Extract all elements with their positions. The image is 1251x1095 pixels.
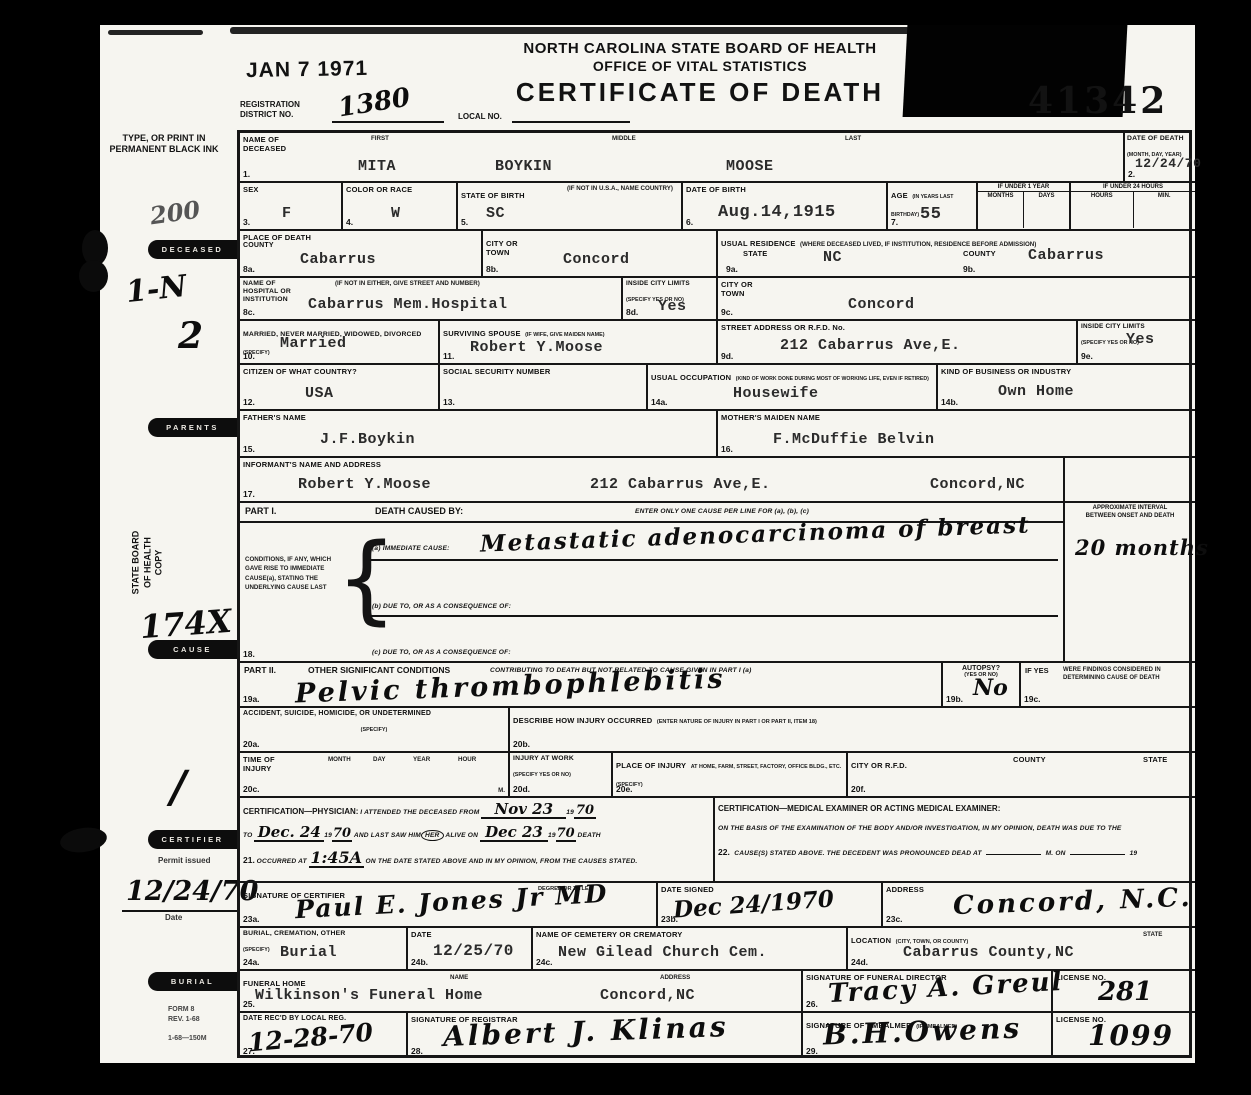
field-ur-inside-city: INSIDE CITY LIMITS (SPECIFY YES OR NO) Y… [1078,321,1195,365]
field-name-of-deceased: NAME OF DECEASED FIRST MIDDLE LAST MITA … [240,133,1125,183]
part2-label: PART II. [244,665,276,675]
num-20a: 20a. [243,739,260,749]
father-value: J.F.Boykin [320,431,415,448]
burial-date-value: 12/25/70 [433,942,514,960]
m-label: M. [498,787,505,794]
sex-label: SEX [243,185,338,194]
field-pod-city: CITY OR TOWN Concord 8b. [483,231,718,278]
hospital-num: 8c. [243,307,255,317]
field-pod-inside-city: INSIDE CITY LIMITS (SPECIFY YES OR NO) Y… [623,278,718,321]
m-on-label: M. ON [1046,850,1066,857]
work-sub: (SPECIFY YES OR NO) [513,772,571,778]
field-findings: IF YES WERE FINDINGS CONSIDERED IN DETER… [1021,663,1195,708]
father-num: 15. [243,444,255,454]
num-28: 28. [411,1046,423,1056]
ssn-label: SOCIAL SECURITY NUMBER [443,367,643,376]
ur-state-value: NC [823,249,842,266]
ur-icl-num: 9e. [1081,351,1093,361]
time-label: TIME OF INJURY [243,755,283,773]
pronounced-date-blank [1070,846,1125,855]
ur-icl-label: INSIDE CITY LIMITS [1081,323,1192,331]
num-20b: 20b. [513,739,530,749]
dod-label: DATE OF DEATH [1127,135,1193,143]
field-registrar-signature: SIGNATURE OF REGISTRAR Albert J. Klinas … [408,1013,803,1058]
attended-label: I ATTENDED THE DECEASED FROM [360,809,479,816]
num-19b: 19b. [946,694,963,704]
scan-edge-smudge [230,27,910,34]
race-label: COLOR OR RACE [346,185,453,194]
field-interval: APPROXIMATE INTERVAL BETWEEN ONSET AND D… [1065,503,1195,663]
field-age: AGE (IN YEARS LAST BIRTHDAY) 55 7. [888,183,978,231]
sob-value: SC [486,205,505,222]
tab-burial: BURIAL [148,972,237,991]
pod-county-value: Cabarrus [300,251,376,268]
ur-city-value: Concord [848,296,915,313]
race-num: 4. [346,217,353,227]
header-board: NORTH CAROLINA STATE BOARD OF HEALTH [420,40,980,57]
permit-date-caption: Date [165,913,182,922]
citizen-num: 12. [243,397,255,407]
occurred-rest: ON THE DATE STATED ABOVE AND IN MY OPINI… [366,858,638,865]
citizen-label: CITIZEN OF WHAT COUNTRY? [243,367,435,376]
to-value: Dec. 24 [254,825,324,842]
copy-line1: STATE BOARD [130,531,140,595]
form-print: 1-68—150M [168,1035,207,1042]
last-saw-label: AND LAST SAW [354,832,407,839]
permit-issued-label: Permit issued [158,856,210,865]
saw-value: Dec 23 [480,825,548,842]
time-value: 1:45A [309,850,364,868]
local-no-label: LOCAL NO. [458,112,502,121]
yr-19b: 19 [324,832,332,839]
num-26: 26. [806,999,818,1009]
alive-on-label: ALIVE ON [445,832,478,839]
field-embalmer-license: LICENSE NO. 1099 [1053,1013,1195,1058]
field-funeral-home: FUNERAL HOME NAME ADDRESS Wilkinson's Fu… [240,971,803,1013]
interval-value: 20 months [1075,535,1209,560]
num-20e: 20e. [616,784,633,794]
name-num: 1. [243,169,250,179]
field-occupation: USUAL OCCUPATION (KIND OF WORK DONE DURI… [648,365,938,411]
describe-sub: (ENTER NATURE OF INJURY IN PART I OR PAR… [657,719,817,725]
pod-city-num: 8b. [486,264,498,274]
hospital-sub: (IF NOT IN EITHER, GIVE STREET AND NUMBE… [335,280,480,287]
field-injury-location: CITY OR R.F.D. COUNTY STATE 20f. [848,753,1195,798]
occupation-value: Housewife [733,385,819,402]
accident-sub: (SPECIFY) [361,727,388,733]
yr-19c: 19 [548,832,556,839]
dob-num: 6. [686,217,693,227]
me-text2: CAUSE(S) STATED ABOVE. THE DECEDENT WAS … [734,850,981,857]
num-24b: 24b. [411,957,428,967]
location-state-label: STATE [1143,931,1162,938]
day-label: DAY [373,756,386,763]
num-23c: 23c. [886,914,903,924]
mother-label: MOTHER'S MAIDEN NAME [721,413,1192,422]
field-date-received: DATE REC'D BY LOCAL REG. 12-28-70 27. [240,1013,408,1058]
sex-value: F [282,205,292,222]
num-23a: 23a. [243,914,260,924]
marital-value: Married [280,335,347,352]
field-part2: PART II. OTHER SIGNIFICANT CONDITIONS CO… [240,663,943,708]
field-if-under-24-hours: IF UNDER 24 HOURS HOURS MIN. [1071,183,1195,231]
registration-line [332,121,444,123]
ur-city-num: 9c. [721,307,733,317]
cityrfd-label: CITY OR R.F.D. [851,761,907,770]
cemetery-value: New Gilead Church Cem. [558,944,767,961]
local-no-line [512,121,630,123]
certificate-form: NAME OF DECEASED FIRST MIDDLE LAST MITA … [237,130,1192,1058]
occupation-label: USUAL OCCUPATION [651,373,731,382]
marital-num: 10. [243,351,255,361]
business-label: KIND OF BUSINESS OR INDUSTRY [941,367,1192,376]
field-usual-residence: USUAL RESIDENCE (WHERE DECEASED LIVED, I… [718,231,1195,278]
accident-label: ACCIDENT, SUICIDE, HOMICIDE, OR UNDETERM… [243,710,505,718]
occupation-num: 14a. [651,397,668,407]
describe-label: DESCRIBE HOW INJURY OCCURRED [513,716,652,725]
street-num: 9d. [721,351,733,361]
ur-city-label: CITY OR TOWN [721,280,756,298]
ur-state-label: STATE [743,249,767,258]
hour-label: HOUR [458,756,476,763]
num-21: 21. [243,855,255,865]
business-num: 14b. [941,397,958,407]
last-label: LAST [845,135,861,142]
under-1-year-label: IF UNDER 1 YEAR [978,183,1069,192]
tab-parents: PARENTS [148,418,237,437]
name-first-value: MITA [358,158,396,175]
num-22: 22. [718,847,730,857]
informant-label: INFORMANT'S NAME AND ADDRESS [243,460,1060,469]
immediate-cause-label: (a) IMMEDIATE CAUSE: [372,545,450,552]
informant-num: 17. [243,489,255,499]
spouse-num: 11. [443,351,454,361]
her-label: HER [421,830,444,841]
cert-me-label: CERTIFICATION—MEDICAL EXAMINER OR ACTING… [718,804,1192,813]
location-label: LOCATION [851,936,891,945]
injury-state-label: STATE [1143,755,1167,764]
field-certification-me: CERTIFICATION—MEDICAL EXAMINER OR ACTING… [715,798,1195,883]
place-label: PLACE OF INJURY [616,761,686,770]
me-text: ON THE BASIS OF THE EXAMINATION OF THE B… [718,825,1192,832]
funeral-home-address-value: Concord,NC [600,987,695,1004]
hospital-value: Cabarrus Mem.Hospital [308,296,508,313]
funeral-address-label: ADDRESS [660,974,690,981]
field-certifier-address: ADDRESS Concord, N.C. 23c. [883,883,1195,928]
field-funeral-director-signature: SIGNATURE OF FUNERAL DIRECTOR Tracy A. G… [803,971,1053,1013]
num-29: 29. [806,1046,818,1056]
hours-label: HOURS [1071,192,1134,228]
due-to-c-label: (c) DUE TO, OR AS A CONSEQUENCE OF: [372,649,511,656]
num-18: 18. [243,649,255,659]
num-20c: 20c. [243,784,260,794]
findings-label: IF YES [1025,666,1049,675]
field-date-of-birth: DATE OF BIRTH Aug.14,1915 6. [683,183,888,231]
mother-value: F.McDuffie Belvin [773,431,935,448]
field-certification-physician: CERTIFICATION—PHYSICIAN: I ATTENDED THE … [240,798,715,883]
margin-note-slash: / [170,762,186,813]
dod-num: 2. [1128,169,1135,179]
date-recd-value: 12-28-70 [247,1018,374,1058]
injury-county-label: COUNTY [1013,755,1046,764]
registration-district-label: REGISTRATION DISTRICT NO. [240,100,300,121]
work-label: INJURY AT WORK [513,755,608,763]
header-block: NORTH CAROLINA STATE BOARD OF HEALTH OFF… [420,40,980,108]
received-stamp-date: JAN 7 1971 [246,57,368,83]
interval-label-1: APPROXIMATE INTERVAL [1093,505,1168,511]
burial-value: Burial [280,944,337,961]
pod-city-label: CITY OR TOWN [486,239,521,257]
embalmer-value: B.H.Owens [822,1012,1022,1052]
field-burial: BURIAL, CREMATION, OTHER (SPECIFY) Buria… [240,928,408,971]
dob-value: Aug.14,1915 [718,203,836,222]
director-license-value: 281 [1098,977,1152,1007]
conditions-label: CONDITIONS, IF ANY, WHICH GAVE RISE TO I… [245,555,337,592]
age-label: AGE [891,191,908,200]
pod-county-label: COUNTY [243,242,478,250]
business-value: Own Home [998,383,1074,400]
field-autopsy: AUTOPSY? (YES OR NO) No 19b. [943,663,1021,708]
field-marital: MARRIED, NEVER MARRIED, WIDOWED, DIVORCE… [240,321,440,365]
name-label: NAME OF DECEASED [243,135,305,153]
field-accident: ACCIDENT, SUICIDE, HOMICIDE, OR UNDETERM… [240,708,510,753]
under-24-hours-label: IF UNDER 24 HOURS [1071,183,1195,192]
name-last-value: MOOSE [726,158,774,175]
form-no: FORM 8 [168,1006,194,1013]
field-pod-county: PLACE OF DEATH COUNTY Cabarrus 8a. [240,231,483,278]
months-label: MONTHS [978,192,1024,228]
year-label: YEAR [413,756,430,763]
part1-body: CONDITIONS, IF ANY, WHICH GAVE RISE TO I… [240,523,1065,663]
attended-from-value: Nov 23 [481,802,566,819]
copy-line3: COPY [154,550,164,576]
tab-cause: CAUSE [148,640,237,659]
margin-instruction: TYPE, OR PRINT IN PERMANENT BLACK INK [108,133,220,156]
due-to-b-label: (b) DUE TO, OR AS A CONSEQUENCE OF: [372,603,511,610]
num-24a: 24a. [243,957,260,967]
part1-label: PART I. [245,506,276,516]
informant-city-value: Concord,NC [930,476,1025,493]
num-19c: 19c. [1024,694,1041,704]
pod-icl-label: INSIDE CITY LIMITS [626,280,713,288]
findings-sub: WERE FINDINGS CONSIDERED IN DETERMINING … [1063,666,1188,683]
mother-num: 16. [721,444,733,454]
funeral-home-value: Wilkinson's Funeral Home [255,987,483,1004]
sig-certifier-value: Paul E. Jones Jr MD [294,879,609,924]
field-ssn: SOCIAL SECURITY NUMBER 13. [440,365,648,411]
field-burial-location: LOCATION (CITY, TOWN, OR COUNTY) STATE C… [848,928,1195,971]
sob-label: STATE OF BIRTH [461,191,525,200]
ur-county-label: COUNTY [963,249,996,258]
race-value: W [391,205,401,222]
sob-sub: (IF NOT IN U.S.A., NAME COUNTRY) [553,185,673,192]
num-23b: 23b. [661,914,678,924]
attended-from-yr: 70 [574,804,596,819]
yr-19a: 19 [566,809,574,816]
permit-date-line [122,910,240,912]
occupation-sub: (KIND OF WORK DONE DURING MOST OF WORKIN… [736,376,929,382]
min-label: MIN. [1134,192,1196,228]
ur-state-num: 9a. [726,264,738,274]
field-state-of-birth: STATE OF BIRTH (IF NOT IN U.S.A., NAME C… [458,183,683,231]
form-number-block: FORM 8 REV. 1-68 1-68—150M [168,1005,207,1044]
ur-county-value: Cabarrus [1028,247,1104,264]
num-27: 27. [243,1046,255,1056]
street-value: 212 Cabarrus Ave,E. [780,337,961,354]
field-date-signed: DATE SIGNED Dec 24/1970 23b. [658,883,883,928]
pronounced-time-blank [986,846,1041,855]
caused-by-label: DEATH CAUSED BY: [375,506,463,516]
first-label: FIRST [371,135,389,142]
interval-label-2: BETWEEN ONSET AND DEATH [1086,513,1175,519]
field-director-license: LICENSE NO. 281 [1053,971,1195,1013]
field-race: COLOR OR RACE W 4. [343,183,458,231]
middle-label: MIDDLE [612,135,636,142]
month-label: MONTH [328,756,351,763]
registration-label-1: REGISTRATION [240,100,300,109]
field-sex: SEX F 3. [240,183,343,231]
ink-blob-2 [79,260,108,292]
informant-name-value: Robert Y.Moose [298,476,431,493]
field-informant: INFORMANT'S NAME AND ADDRESS Robert Y.Mo… [240,458,1065,503]
margin-note-1n: 1-N [124,269,188,310]
copy-label: STATE BOARD OF HEALTH COPY [130,503,165,623]
ur-county-num: 9b. [963,264,975,274]
hospital-label: NAME OF HOSPITAL OR INSTITUTION [243,280,303,304]
embalmer-license-value: 1099 [1088,1019,1174,1052]
field-ur-city: CITY OR TOWN Concord 9c. [718,278,1195,321]
field-hospital: NAME OF HOSPITAL OR INSTITUTION (IF NOT … [240,278,623,321]
spouse-sub: (IF WIFE, GIVE MAIDEN NAME) [525,332,604,338]
num-20f: 20f. [851,784,866,794]
funeral-name-label: NAME [450,974,468,981]
field-blank-above-interval [1065,458,1195,503]
num-20d: 20d. [513,784,530,794]
field-burial-date: DATE 12/25/70 24b. [408,928,533,971]
pod-icl-value: Yes [658,298,687,315]
ur-section-sub: (WHERE DECEASED LIVED, IF INSTITUTION, R… [800,241,1036,248]
field-place-of-injury: PLACE OF INJURY AT HOME, FARM, STREET, F… [613,753,848,798]
field-street: STREET ADDRESS OR R.F.D. No. 212 Cabarru… [718,321,1078,365]
field-cemetery: NAME OF CEMETERY OR CREMATORY New Gilead… [533,928,848,971]
autopsy-label: AUTOPSY? [946,665,1016,672]
certificate-number: 41342 [1028,80,1168,122]
field-embalmer-signature: SIGNATURE OF EMBALMER (IF EMBALMED) B.H.… [803,1013,1053,1058]
num-19a: 19a. [243,694,260,704]
field-time-of-injury: TIME OF INJURY MONTH DAY YEAR HOUR M. 20… [240,753,510,798]
pod-icl-num: 8d. [626,307,638,317]
cemetery-label: NAME OF CEMETERY OR CREMATORY [536,930,843,939]
registration-label-2: DISTRICT NO. [240,110,293,119]
copy-line2: OF HEALTH [142,537,152,588]
cert-physician-label: CERTIFICATION—PHYSICIAN: [243,807,358,816]
burial-label: BURIAL, CREMATION, OTHER [243,930,403,938]
to-label: TO [243,832,252,839]
pod-city-value: Concord [563,251,630,268]
ur-section-label: USUAL RESIDENCE [721,239,796,248]
saw-yr: 70 [556,827,576,842]
tab-certifier: CERTIFIER [148,830,237,849]
line-b [368,615,1058,617]
page-title: CERTIFICATE OF DEATH [420,77,980,108]
margin-note-2: 2 [178,315,203,357]
enter-note: ENTER ONLY ONE CAUSE PER LINE FOR (a), (… [635,508,809,515]
spouse-value: Robert Y.Moose [470,339,603,356]
field-spouse: SURVIVING SPOUSE (IF WIFE, GIVE MAIDEN N… [440,321,718,365]
field-business: KIND OF BUSINESS OR INDUSTRY Own Home 14… [938,365,1195,411]
informant-street-value: 212 Cabarrus Ave,E. [590,476,771,493]
num-24d: 24d. [851,957,868,967]
field-injury-at-work: INJURY AT WORK (SPECIFY YES OR NO) 20d. [510,753,613,798]
days-label: DAYS [1024,192,1069,228]
num-24c: 24c. [536,957,553,967]
citizen-value: USA [305,385,334,402]
field-describe-injury: DESCRIBE HOW INJURY OCCURRED (ENTER NATU… [510,708,1195,753]
autopsy-value: No [973,675,1008,701]
tab-deceased: DECEASED [148,240,237,259]
age-num: 7. [891,217,898,227]
burial-date-label: DATE [411,930,528,939]
yr-label: 19 [1130,850,1138,857]
him-label: HIM [408,832,421,839]
pod-section-label: PLACE OF DEATH [243,233,478,242]
street-label: STREET ADDRESS OR R.F.D. No. [721,323,1073,332]
line-a [368,559,1058,561]
field-if-under-1-year: IF UNDER 1 YEAR MONTHS DAYS [978,183,1071,231]
sob-num: 5. [461,217,468,227]
death-label: DEATH [578,832,601,839]
sex-num: 3. [243,217,250,227]
father-label: FATHER'S NAME [243,413,713,422]
age-value: 55 [920,205,941,224]
dod-value: 12/24/70 [1135,156,1201,171]
burial-sub: (SPECIFY) [243,947,270,953]
form-rev: REV. 1-68 [168,1016,200,1023]
field-signature-certifier: SIGNATURE OF CERTIFIER DEGREE OR TITLE P… [240,883,658,928]
num-25: 25. [243,999,255,1009]
ur-icl-value: Yes [1126,331,1155,348]
header-office: OFFICE OF VITAL STATISTICS [420,58,980,74]
scan-edge-smudge-2 [108,30,203,35]
field-citizen: CITIZEN OF WHAT COUNTRY? USA 12. [240,365,440,411]
ssn-num: 13. [443,397,455,407]
field-mother: MOTHER'S MAIDEN NAME F.McDuffie Belvin 1… [718,411,1195,458]
occurred-at-label: OCCURRED AT [257,858,307,865]
field-father: FATHER'S NAME J.F.Boykin 15. [240,411,718,458]
spouse-label: SURVIVING SPOUSE [443,329,521,338]
field-date-of-death: DATE OF DEATH (MONTH, DAY, YEAR) 12/24/7… [1125,133,1195,183]
location-value: Cabarrus County,NC [903,944,1074,961]
dob-label: DATE OF BIRTH [686,185,883,194]
to-yr: 70 [332,827,352,842]
pod-county-num: 8a. [243,264,255,274]
name-middle-value: BOYKIN [495,158,552,175]
